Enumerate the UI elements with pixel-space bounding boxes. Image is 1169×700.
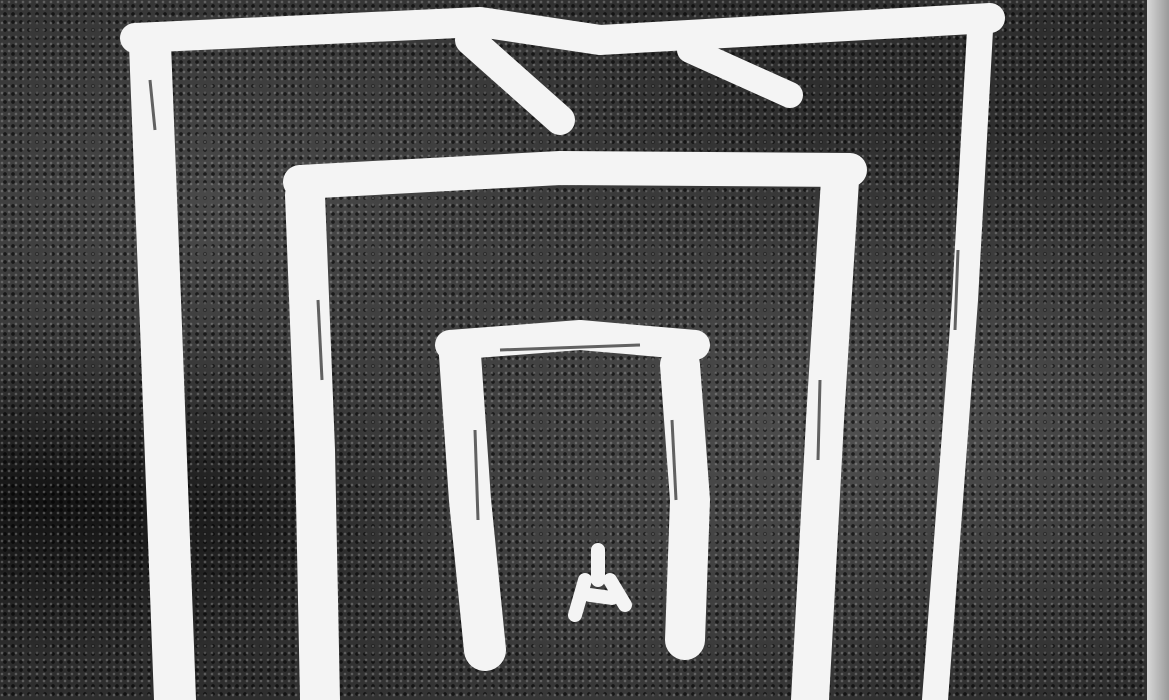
small-figure	[575, 550, 625, 615]
outer-arch	[135, 18, 990, 700]
paint-strokes	[0, 0, 1169, 700]
artwork-canvas: Black-and-white photo of three nested wh…	[0, 0, 1169, 700]
